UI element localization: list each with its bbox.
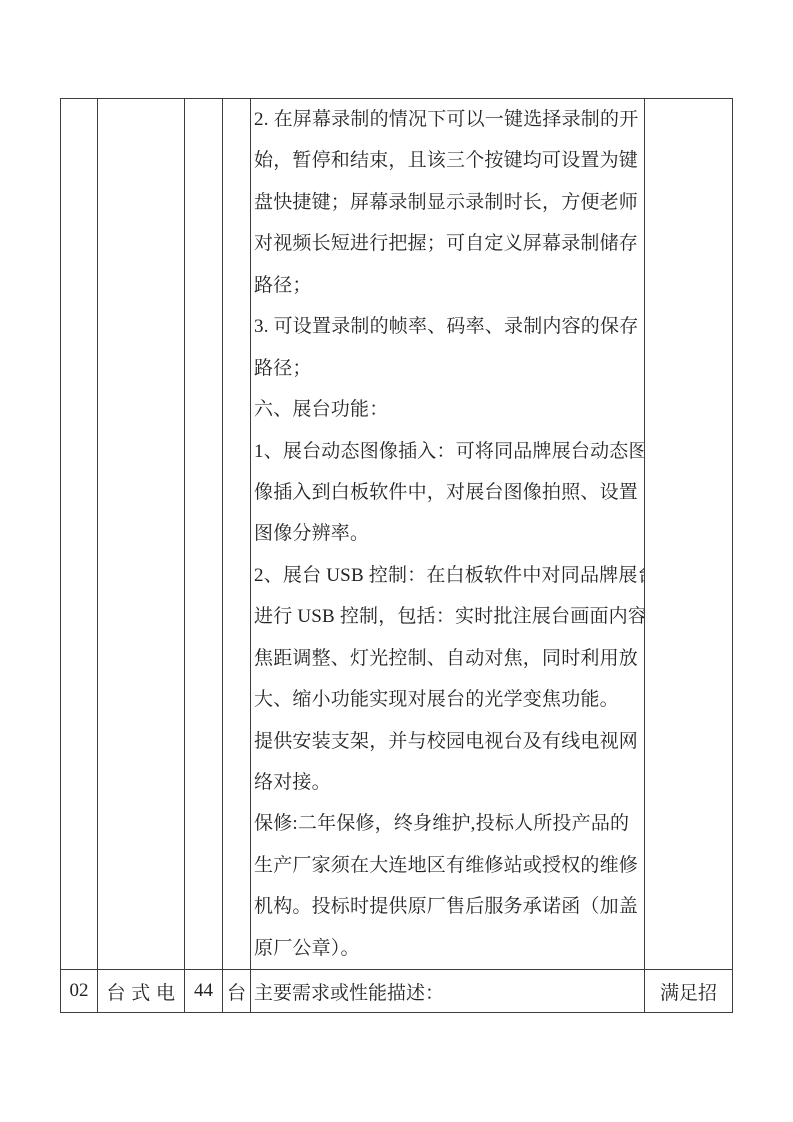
spec-line: 路径；	[254, 265, 643, 306]
spec-line: 2. 在屏幕录制的情况下可以一键选择录制的开	[254, 99, 643, 140]
unit-cell: 台	[223, 970, 251, 1013]
spec-line: 盘快捷键；屏幕录制显示录制时长，方便老师	[254, 182, 643, 223]
spec-line: 原厂公章）。	[254, 928, 643, 969]
qty-cell-empty	[185, 99, 223, 970]
spec-text-cell: 2. 在屏幕录制的情况下可以一键选择录制的开 始，暂停和结束，且该三个按键均可设…	[251, 99, 645, 970]
compliance-cell: 满足招	[645, 970, 733, 1013]
spec-text-block: 2. 在屏幕录制的情况下可以一键选择录制的开 始，暂停和结束，且该三个按键均可设…	[251, 99, 644, 969]
spec-line: 始，暂停和结束，且该三个按键均可设置为键	[254, 140, 643, 181]
spec-table: 2. 在屏幕录制的情况下可以一键选择录制的开 始，暂停和结束，且该三个按键均可设…	[60, 98, 733, 1013]
qty-cell: 44	[185, 970, 223, 1013]
item-name-cell: 台 式 电	[98, 970, 185, 1013]
compliance-cell-empty	[645, 99, 733, 970]
description-cell: 主要需求或性能描述：	[251, 970, 645, 1013]
spec-line: 提供安装支架，并与校园电视台及有线电视网	[254, 721, 643, 762]
spec-line: 保修:二年保修，终身维护,投标人所投产品的	[254, 803, 643, 844]
spec-line: 像插入到白板软件中，对展台图像拍照、设置	[254, 472, 643, 513]
item-no-cell-empty	[61, 99, 98, 970]
spec-line: 机构。投标时提供原厂售后服务承诺函（加盖	[254, 886, 643, 927]
spec-line: 生产厂家须在大连地区有维修站或授权的维修	[254, 845, 643, 886]
spec-line: 路径；	[254, 348, 643, 389]
spec-line: 络对接。	[254, 762, 643, 803]
spec-line: 焦距调整、灯光控制、自动对焦，同时利用放	[254, 638, 643, 679]
spec-line: 1、展台动态图像插入：可将同品牌展台动态图	[254, 431, 643, 472]
item-no-cell: 02	[61, 970, 98, 1013]
spec-line: 大、缩小功能实现对展台的光学变焦功能。	[254, 679, 643, 720]
unit-cell-empty	[223, 99, 251, 970]
spec-continuation-row: 2. 在屏幕录制的情况下可以一键选择录制的开 始，暂停和结束，且该三个按键均可设…	[61, 99, 733, 970]
spec-line: 六、展台功能：	[254, 389, 643, 430]
spec-line: 对视频长短进行把握；可自定义屏幕录制储存	[254, 223, 643, 264]
spec-line: 图像分辨率。	[254, 513, 643, 554]
item-name-cell-empty	[98, 99, 185, 970]
spec-line: 3. 可设置录制的帧率、码率、录制内容的保存	[254, 306, 643, 347]
document-page: 2. 在屏幕录制的情况下可以一键选择录制的开 始，暂停和结束，且该三个按键均可设…	[0, 0, 793, 1122]
item-row-02: 02 台 式 电 44 台 主要需求或性能描述： 满足招	[61, 970, 733, 1013]
spec-line: 进行 USB 控制，包括：实时批注展台画面内容、	[254, 596, 643, 637]
spec-line: 2、展台 USB 控制：在白板软件中对同品牌展台	[254, 555, 643, 596]
